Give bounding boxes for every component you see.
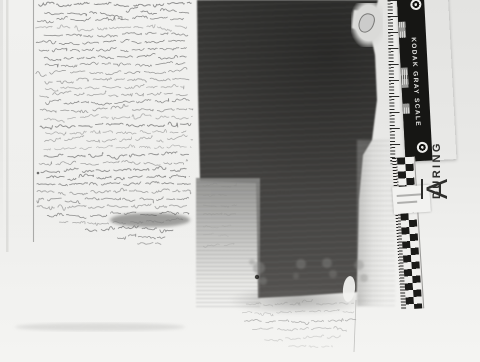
fine-print-block (403, 103, 411, 113)
during-a-label: DURING A (415, 148, 459, 250)
fine-print-block (398, 22, 406, 38)
kodak-gray-scale: KODAK GRAY SCALE (397, 0, 457, 162)
registration-bullseye-icon (410, 0, 422, 10)
kodak-gray-scale-label: KODAK GRAY SCALE (409, 37, 421, 127)
dark-dot (255, 275, 259, 279)
white-spot (342, 275, 357, 302)
fine-print-block (401, 68, 409, 88)
photo-stage: KODAK GRAY SCALE DURING A (0, 0, 480, 362)
faint-crease-line (354, 300, 356, 352)
document-letter: A (421, 179, 453, 199)
